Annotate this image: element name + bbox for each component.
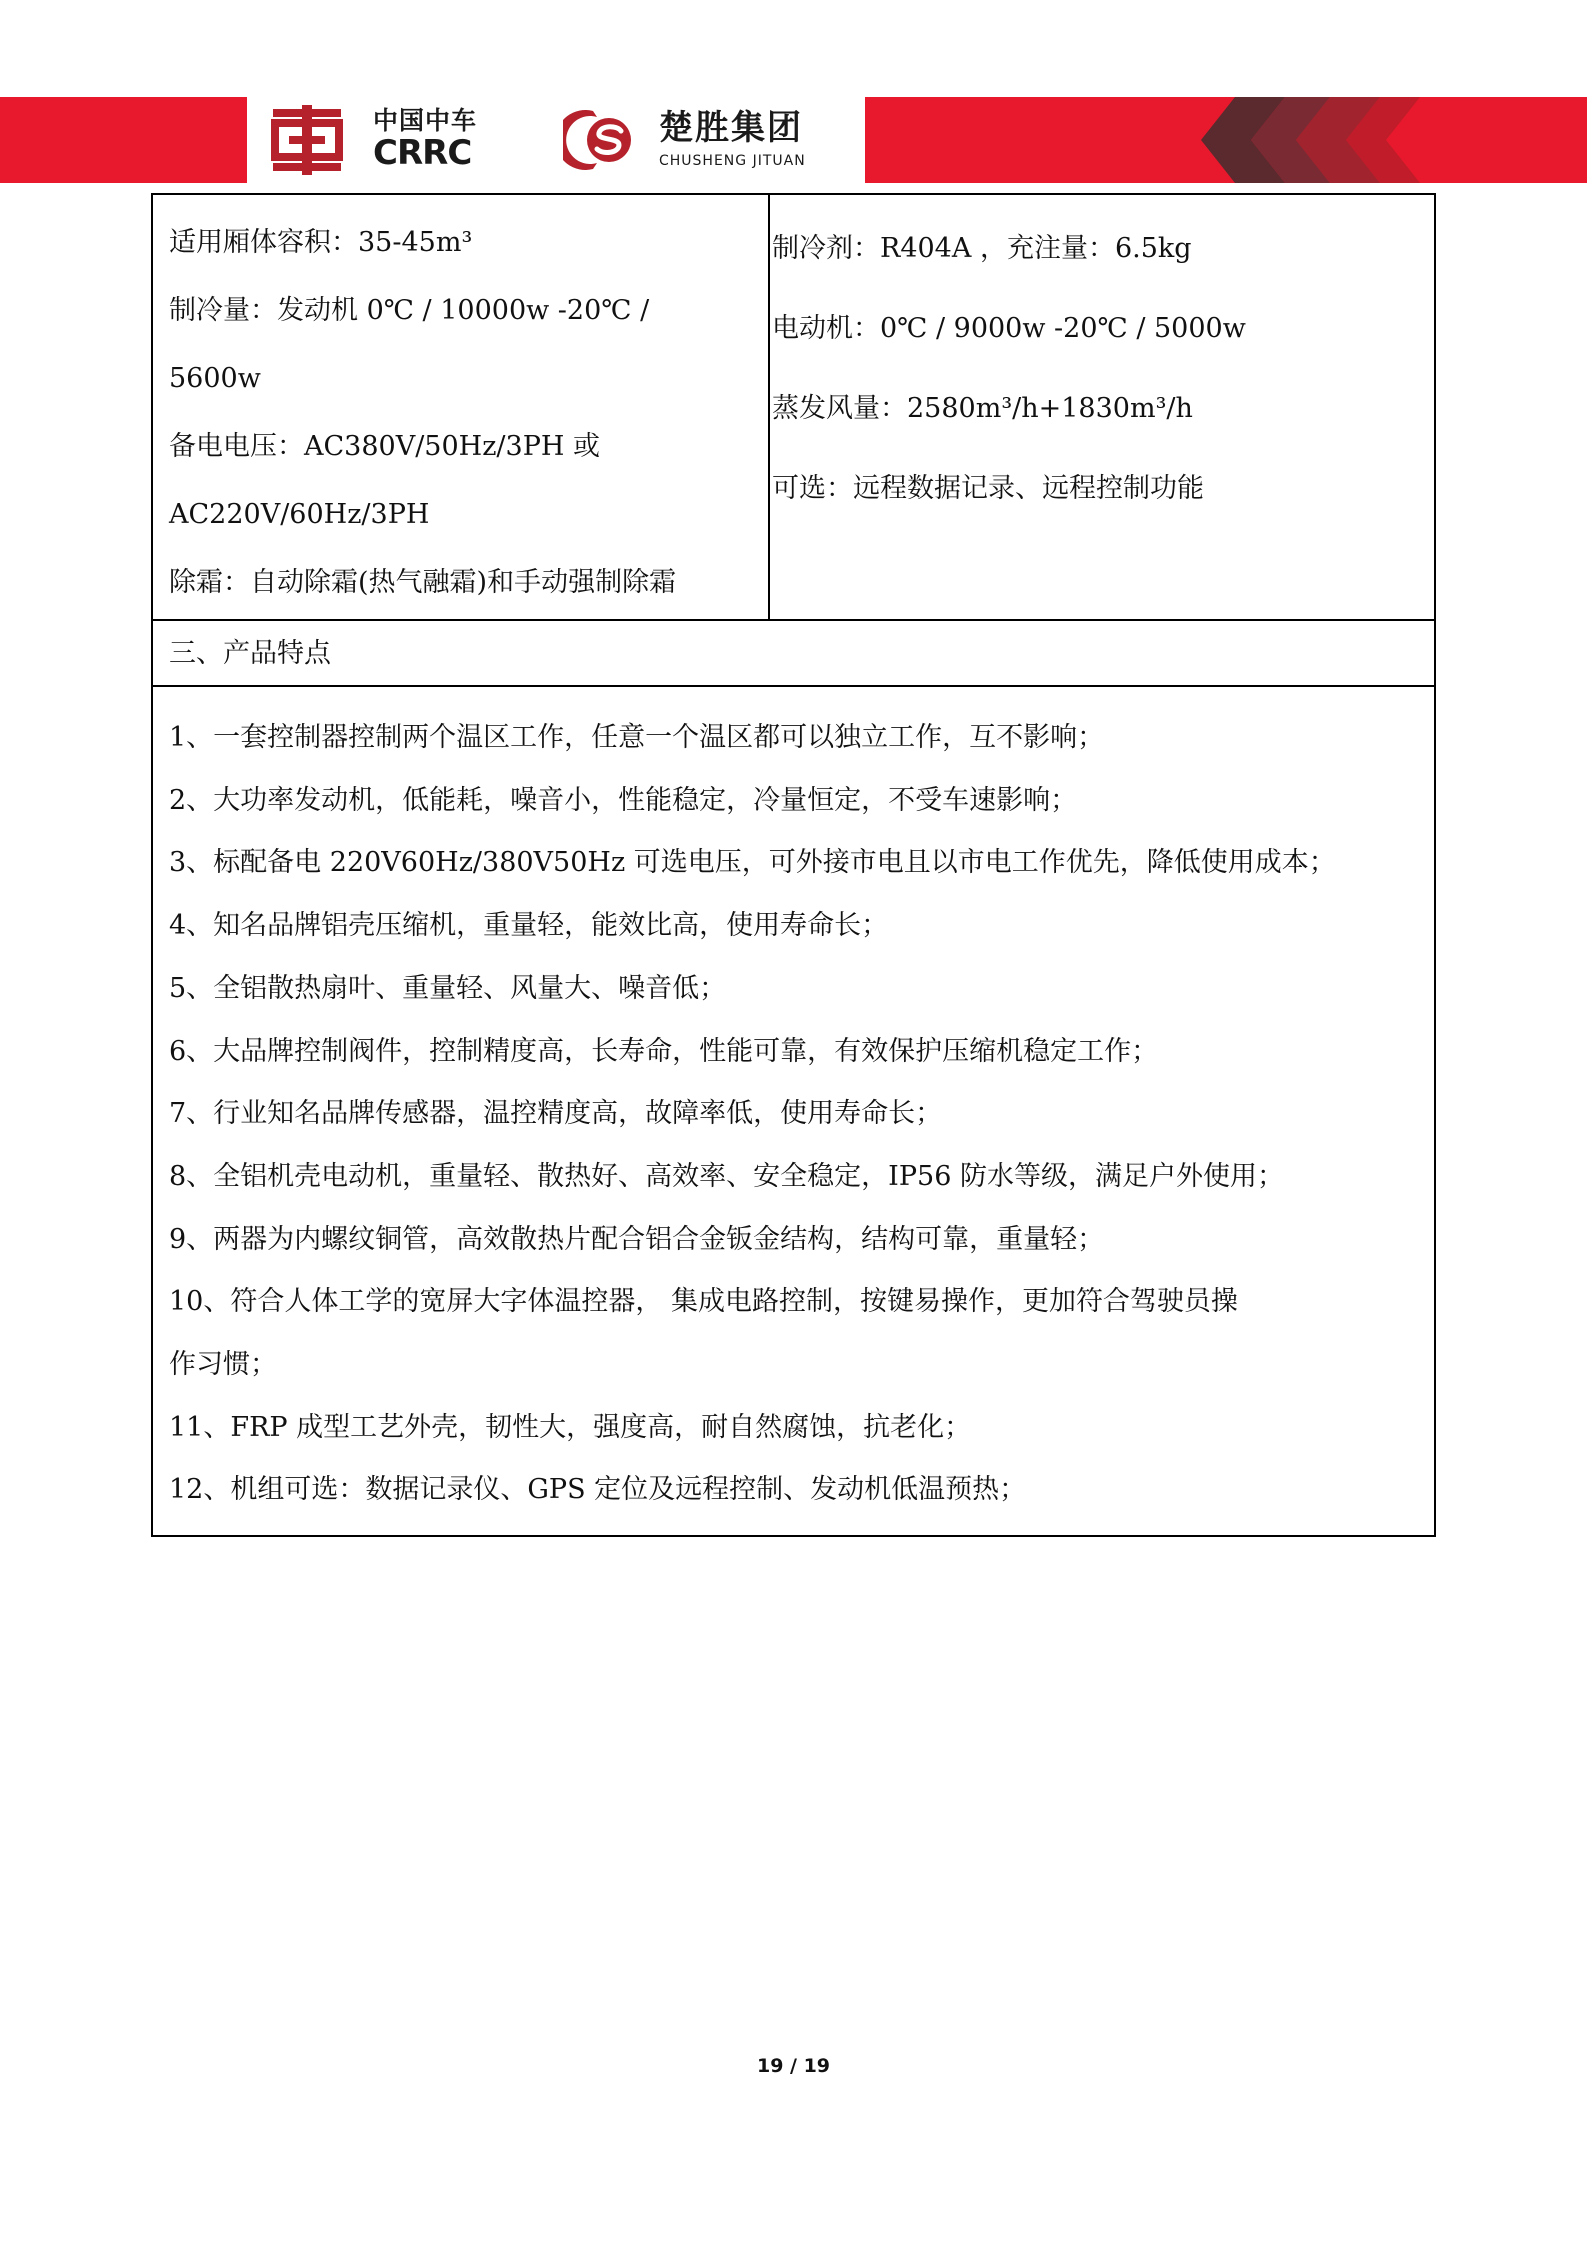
logo-area: 中国中车 CRRC 楚胜集团 CHUSHENG JITUAN — [247, 97, 865, 183]
chusheng-name-cn: 楚胜集团 — [659, 109, 806, 147]
feature-item: 2、大功率发动机，低能耗，噪音小，性能稳定，冷量恒定，不受车速影响； — [169, 770, 1434, 833]
feature-item: 9、两器为内螺纹铜管，高效散热片配合铝合金钣金结构，结构可靠，重量轻； — [169, 1209, 1434, 1272]
spec-standby-voltage-cont: AC220V/60Hz/3PH — [169, 481, 768, 549]
feature-item: 12、机组可选：数据记录仪、GPS 定位及远程控制、发动机低温预热； — [169, 1459, 1434, 1522]
feature-item: 5、全铝散热扇叶、重量轻、风量大、噪音低； — [169, 958, 1434, 1021]
crrc-che-logo-icon — [269, 105, 345, 175]
spec-evaporator-airflow: 蒸发风量：2580m³/h+1830m³/h — [772, 369, 1434, 449]
spec-optional: 可选：远程数据记录、远程控制功能 — [772, 449, 1434, 529]
features-title: 三、产品特点 — [169, 621, 1434, 687]
feature-item: 7、行业知名品牌传感器，温控精度高，故障率低，使用寿命长； — [169, 1083, 1434, 1146]
feature-item: 10、符合人体工学的宽屏大字体温控器， 集成电路控制，按键易操作，更加符合驾驶员… — [169, 1271, 1434, 1334]
spec-standby-voltage: 备电电压：AC380V/50Hz/3PH 或 — [169, 413, 768, 481]
chevron-arrows-decoration-icon — [865, 97, 1587, 183]
spec-box-volume: 适用厢体容积：35-45m³ — [169, 209, 768, 277]
spec-electric-motor: 电动机：0℃ / 9000w -20℃ / 5000w — [772, 289, 1434, 369]
feature-item: 1、一套控制器控制两个温区工作，任意一个温区都可以独立工作，互不影响； — [169, 707, 1434, 770]
crrc-name-cn: 中国中车 — [373, 107, 477, 135]
spec-cooling-capacity-cont: 5600w — [169, 345, 768, 413]
feature-item: 3、标配备电 220V60Hz/380V50Hz 可选电压，可外接市电且以市电工… — [169, 832, 1434, 895]
feature-item-cont: 作习惯； — [169, 1334, 1434, 1397]
specs-right-cell: 制冷剂：R404A ，充注量：6.5kg 电动机：0℃ / 9000w -20℃… — [770, 195, 1434, 619]
spec-cooling-capacity: 制冷量：发动机 0℃ / 10000w -20℃ / — [169, 277, 768, 345]
feature-item: 8、全铝机壳电动机，重量轻、散热好、高效率、安全稳定，IP56 防水等级，满足户… — [169, 1146, 1434, 1209]
spec-defrost: 除霜：自动除霜(热气融霜)和手动强制除霜 — [169, 549, 768, 617]
header-band-left — [0, 97, 247, 183]
chusheng-s-logo-icon — [563, 107, 643, 173]
spec-refrigerant: 制冷剂：R404A ，充注量：6.5kg — [772, 209, 1434, 289]
feature-item: 11、FRP 成型工艺外壳，韧性大，强度高，耐自然腐蚀，抗老化； — [169, 1397, 1434, 1460]
feature-item: 4、知名品牌铝壳压缩机，重量轻，能效比高，使用寿命长； — [169, 895, 1434, 958]
features-title-row: 三、产品特点 — [153, 621, 1434, 687]
specs-left-cell: 适用厢体容积：35-45m³ 制冷量：发动机 0℃ / 10000w -20℃ … — [153, 195, 770, 619]
crrc-name-en: CRRC — [373, 135, 477, 171]
header-band-right — [865, 97, 1587, 183]
features-list: 1、一套控制器控制两个温区工作，任意一个温区都可以独立工作，互不影响； 2、大功… — [153, 687, 1434, 1535]
feature-item: 6、大品牌控制阀件，控制精度高，长寿命，性能可靠，有效保护压缩机稳定工作； — [169, 1021, 1434, 1084]
page-number: 19 / 19 — [0, 2055, 1587, 2077]
header-band: 中国中车 CRRC 楚胜集团 CHUSHENG JITUAN — [0, 97, 1587, 183]
spec-table: 适用厢体容积：35-45m³ 制冷量：发动机 0℃ / 10000w -20℃ … — [151, 193, 1436, 1537]
chusheng-name-en: CHUSHENG JITUAN — [659, 151, 806, 171]
specs-row: 适用厢体容积：35-45m³ 制冷量：发动机 0℃ / 10000w -20℃ … — [153, 195, 1434, 621]
